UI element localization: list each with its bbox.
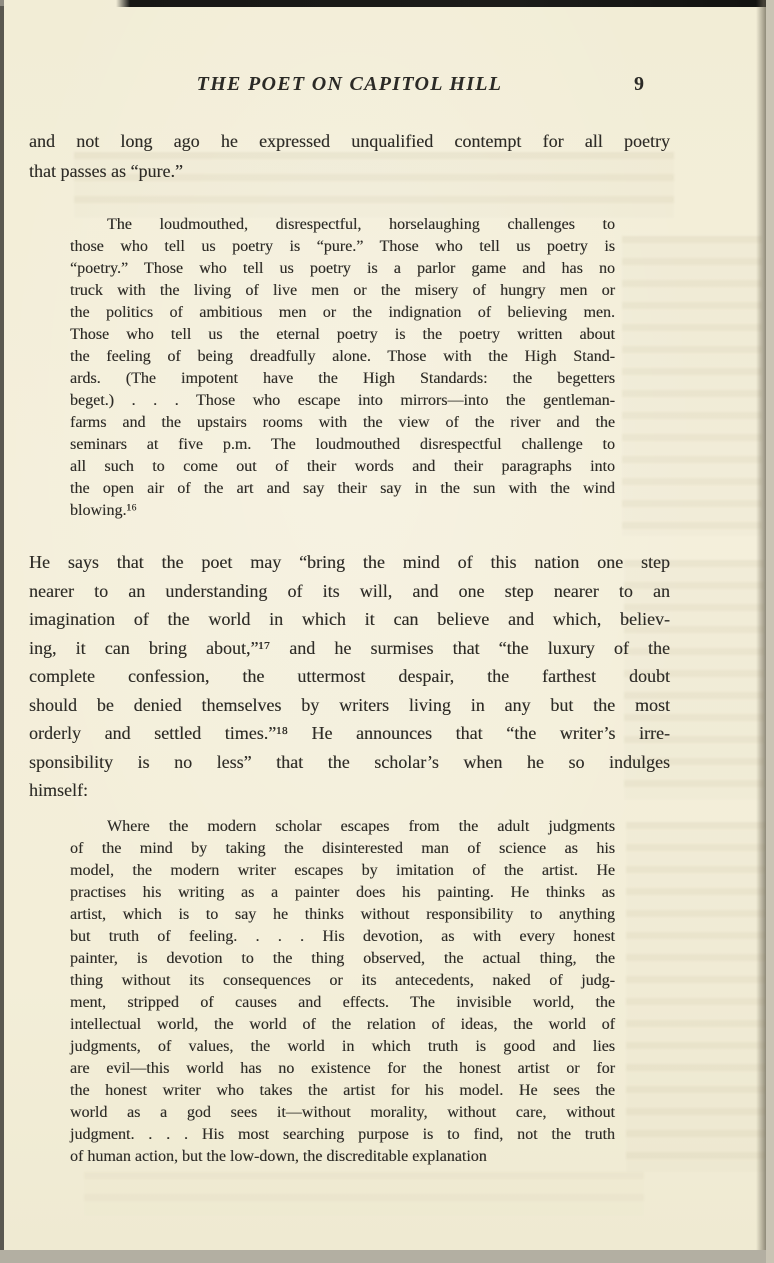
text-line: truck with the living of live men or the… xyxy=(70,280,615,302)
text-line: He says that the poet may “bring the min… xyxy=(29,548,670,577)
text-line: blowing.¹⁶ xyxy=(70,500,615,522)
paragraph-continuation: and not long ago he expressed unqualifie… xyxy=(29,126,670,186)
block-quote-2: Where the modern scholar escapes from th… xyxy=(70,816,615,1168)
text-line: “poetry.” Those who tell us poetry is a … xyxy=(70,258,615,280)
text-line: farms and the upstairs rooms with the vi… xyxy=(70,412,615,434)
text-line: the honest writer who takes the artist f… xyxy=(70,1080,615,1102)
page-number: 9 xyxy=(624,73,654,96)
text-line: are evil—this world has no existence for… xyxy=(70,1058,615,1080)
book-page-paper: THE POET ON CAPITOL HILL 9 and not long … xyxy=(4,0,774,1250)
text-line: The loudmouthed, disrespectful, horselau… xyxy=(70,214,615,236)
text-line: ards. (The impotent have the High Standa… xyxy=(70,368,615,390)
text-line: those who tell us poetry is “pure.” Thos… xyxy=(70,236,615,258)
text-line: should be denied themselves by writers l… xyxy=(29,691,670,720)
text-line: Where the modern scholar escapes from th… xyxy=(70,816,615,838)
text-line: imagination of the world in which it can… xyxy=(29,605,670,634)
text-line: complete confession, the uttermost despa… xyxy=(29,662,670,691)
text-line: intellectual world, the world of the rel… xyxy=(70,1014,615,1036)
text-line: the feeling of being dreadfully alone. T… xyxy=(70,346,615,368)
scan-left-edge xyxy=(0,6,4,1263)
text-line: the open air of the art and say their sa… xyxy=(70,478,615,500)
text-line: seminars at five p.m. The loudmouthed di… xyxy=(70,434,615,456)
text-line: all such to come out of their words and … xyxy=(70,456,615,478)
scan-right-edge xyxy=(766,0,774,1263)
text-line: ment, stripped of causes and effects. Th… xyxy=(70,992,615,1014)
text-line: nearer to an understanding of its will, … xyxy=(29,577,670,606)
text-line: orderly and settled times.”¹⁸ He announc… xyxy=(29,719,670,748)
paragraph-2: He says that the poet may “bring the min… xyxy=(29,548,670,805)
text-line: the politics of ambitious men or the ind… xyxy=(70,302,615,324)
text-line: sponsibility is no less” that the schola… xyxy=(29,748,670,777)
text-line: but truth of feeling. . . . His devotion… xyxy=(70,926,615,948)
text-line: world as a god sees it—without morality,… xyxy=(70,1102,615,1124)
block-quote-1: The loudmouthed, disrespectful, horselau… xyxy=(70,214,615,522)
scanned-book-page: { "header": { "title": "THE POET ON CAPI… xyxy=(0,0,774,1263)
text-line: Those who tell us the eternal poetry is … xyxy=(70,324,615,346)
text-line: beget.) . . . Those who escape into mirr… xyxy=(70,390,615,412)
bleed-through-texture xyxy=(626,822,766,1172)
scan-bottom-edge xyxy=(0,1250,774,1263)
text-line: and not long ago he expressed unqualifie… xyxy=(29,126,670,156)
scan-top-black-bar xyxy=(116,0,774,7)
running-head-title: THE POET ON CAPITOL HILL xyxy=(29,73,670,99)
page-edge-shadow xyxy=(756,0,766,1250)
text-line: of the mind by taking the disinterested … xyxy=(70,838,615,860)
text-line: painter, is devotion to the thing observ… xyxy=(70,948,615,970)
bleed-through-texture xyxy=(622,236,762,536)
text-line: artist, which is to say he thinks withou… xyxy=(70,904,615,926)
text-line: model, the modern writer escapes by imit… xyxy=(70,860,615,882)
text-line: judgment. . . . His most searching purpo… xyxy=(70,1124,615,1146)
text-line: himself: xyxy=(29,776,670,805)
text-line: that passes as “pure.” xyxy=(29,156,670,186)
text-line: practises his writing as a painter does … xyxy=(70,882,615,904)
text-line: thing without its consequences or its an… xyxy=(70,970,615,992)
text-line: ing, it can bring about,”¹⁷ and he surmi… xyxy=(29,634,670,663)
bleed-through-texture xyxy=(84,1172,644,1216)
text-line: judgments, of values, the world in which… xyxy=(70,1036,615,1058)
text-line: of human action, but the low-down, the d… xyxy=(70,1146,615,1168)
